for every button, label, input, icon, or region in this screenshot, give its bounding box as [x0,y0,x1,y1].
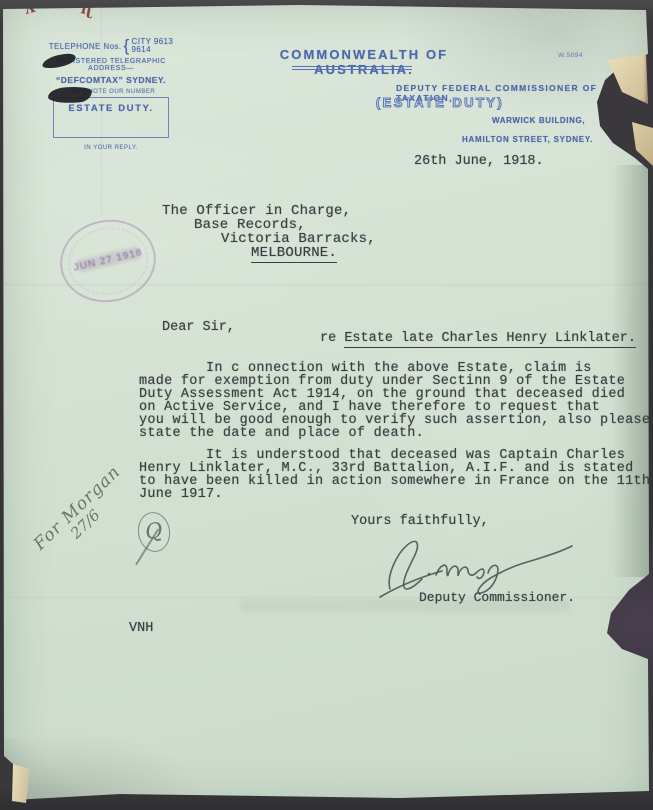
telephone-number-2: 9614 [132,46,151,54]
valediction: Yours faithfully, [351,514,489,529]
salutation: Dear Sir, [162,320,235,335]
recipient-city-underlined: MELBOURNE. [251,245,337,263]
paragraph-1: In c onnection with the above Estate, cl… [139,362,651,441]
estate-duty-box: ESTATE DUTY. [53,97,169,138]
pencil-note: For Morgan 27/6 [30,462,136,566]
heading-double-underline [292,66,412,70]
estate-duty-box-label: ESTATE DUTY. [54,103,168,114]
signature-handwriting [376,531,581,601]
quote-instruction-bottom: IN YOUR REPLY. [38,145,184,151]
torn-paper-flap [606,54,648,104]
letter-date: 26th June, 1918. [414,154,544,169]
paragraph-2: It is understood that deceased was Capta… [139,449,651,501]
office-building-line: WARWICK BUILDING, [492,116,585,125]
paragraph-line: June 1917. [139,488,651,501]
telegraphic-address: “DEFCOMTAX” SYDNEY. [38,75,184,85]
telephone-line: TELEPHONE Nos. { CITY 9613 9614 [38,38,184,54]
letter-scan: TELEPHONE Nos. { CITY 9613 9614 REGISTER… [0,0,653,810]
subject-prefix: re [320,331,344,346]
red-archive-mark: ʌ [22,0,37,18]
telephone-label: TELEPHONE Nos. [49,42,122,51]
subject-underlined: Estate late Charles Henry Linklater. [344,331,636,348]
typist-initials: VNH [129,621,153,636]
red-archive-mark: ɳ [79,0,93,19]
brace-glyph: { [123,39,129,53]
received-stamp: JUN 27 1918 [54,212,163,309]
paragraph-line: state the date and place of death. [139,427,651,440]
form-number: W.5094 [558,52,583,59]
commonwealth-heading: COMMONWEALTH OF AUSTRALIA. [238,47,490,77]
office-street-line: HAMILTON STREET, SYDNEY. [462,135,593,144]
paper-sheet: TELEPHONE Nos. { CITY 9613 9614 REGISTER… [0,0,653,810]
subject-line: re Estate late Charles Henry Linklater. [320,331,636,346]
estate-duty-outline-text: (ESTATE DUTY) [372,95,508,110]
